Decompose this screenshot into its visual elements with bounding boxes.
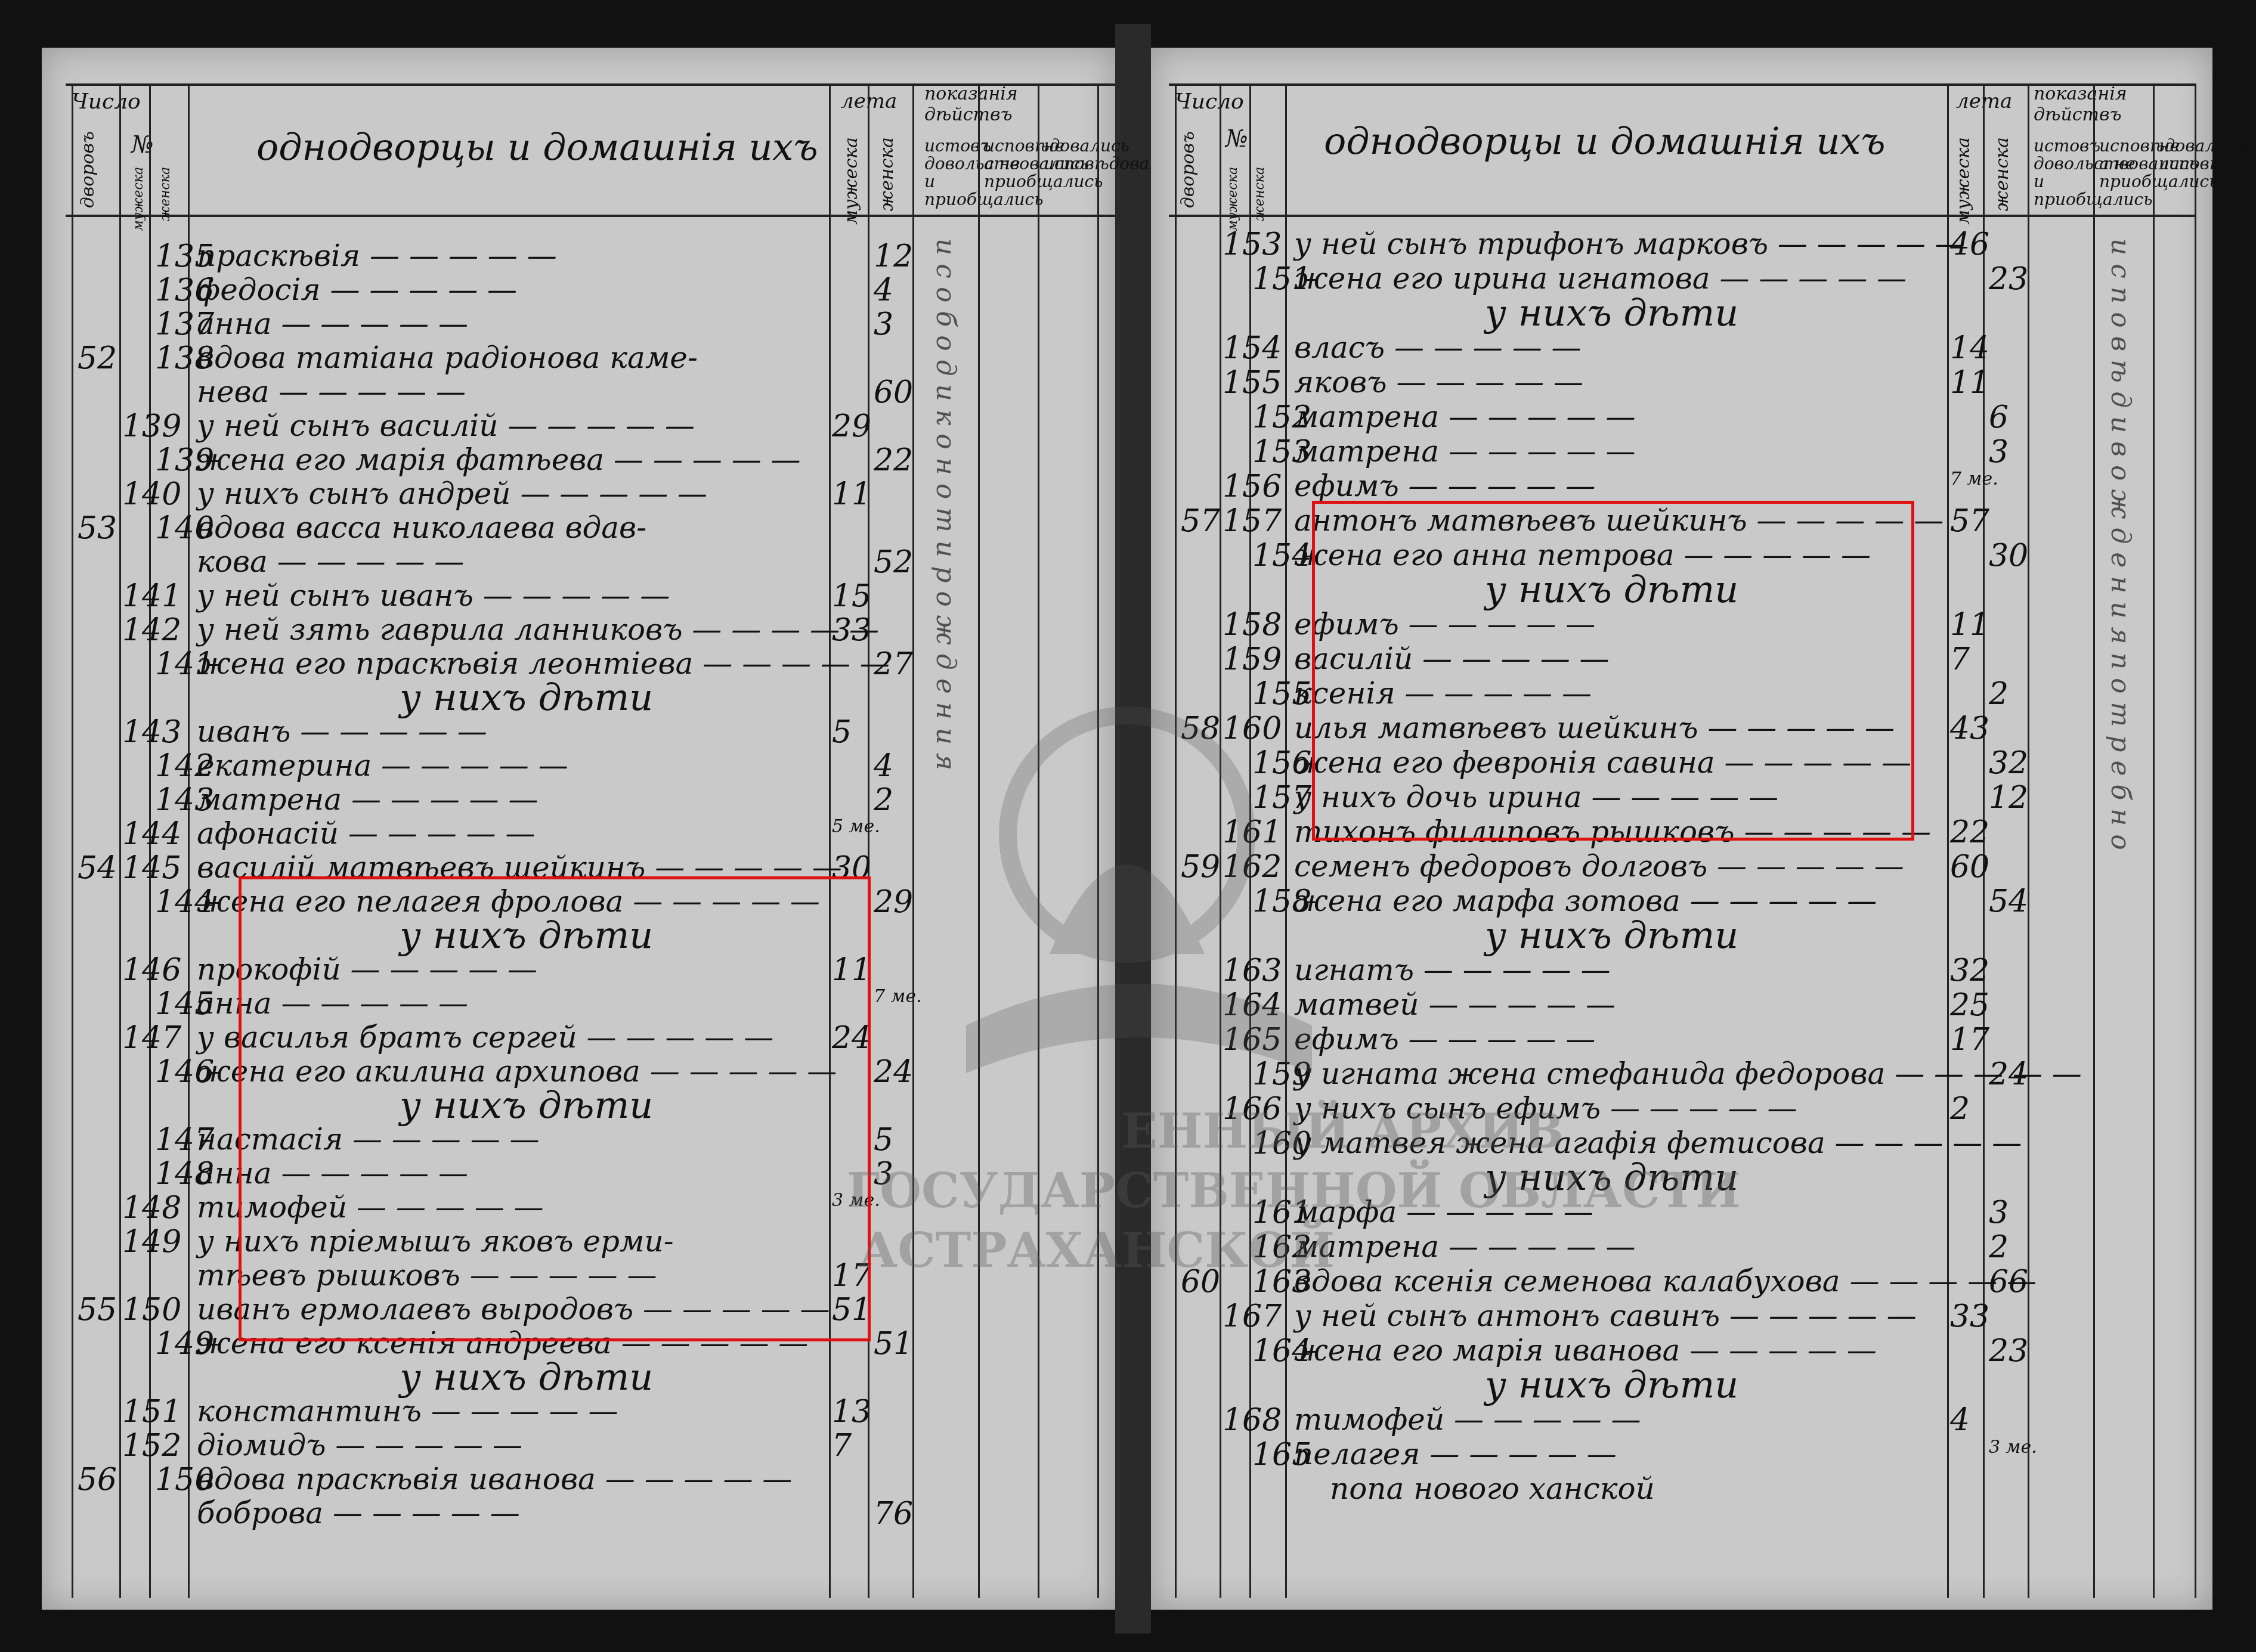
person-name: прокофій — — — — — xyxy=(197,952,537,987)
male-number: 150 xyxy=(122,1292,181,1328)
page-footer-note: попа нового ханской xyxy=(1151,1471,2212,1507)
register-entry: боброва — — — — —76 xyxy=(42,1496,1115,1532)
section-heading: у нихъ дѣти xyxy=(1151,1368,2212,1403)
person-name: боброва — — — — — xyxy=(197,1496,520,1530)
person-name: тихонъ филиповъ рышковъ — — — — — xyxy=(1294,814,1931,849)
male-number: 144 xyxy=(122,816,181,852)
male-age: 60 xyxy=(1950,849,1989,885)
male-number: 151 xyxy=(122,1394,181,1430)
male-age: 51 xyxy=(832,1292,871,1328)
female-age: 52 xyxy=(874,544,913,580)
female-age: 76 xyxy=(874,1496,913,1532)
household-number: 54 xyxy=(78,850,117,886)
header-chislo: Число xyxy=(72,89,141,114)
male-age: 24 xyxy=(832,1020,871,1056)
person-name: у игната жена стефанида федорова — — — —… xyxy=(1294,1056,2082,1091)
female-age: 54 xyxy=(1989,884,2028,919)
watermark-line3: АСТРАХАНСКОЙ xyxy=(859,1222,1335,1278)
section-heading: у нихъ дѣти xyxy=(1151,572,2212,608)
header-col-b: исповѣдовались а не приобщались xyxy=(984,137,1038,191)
male-number: 147 xyxy=(122,1020,181,1056)
male-age: 4 xyxy=(1950,1402,1970,1438)
male-number: 154 xyxy=(1223,330,1282,366)
male-number: 143 xyxy=(122,714,181,750)
household-number: 55 xyxy=(78,1292,117,1328)
household-number: 57 xyxy=(1181,503,1220,539)
female-age: 12 xyxy=(1989,780,2028,816)
header-leta-f: женска xyxy=(877,137,898,211)
male-number: 145 xyxy=(122,850,181,886)
female-age: 29 xyxy=(874,884,913,920)
female-age: 27 xyxy=(874,646,913,682)
female-age: 22 xyxy=(874,442,913,478)
female-age: 24 xyxy=(1989,1056,2028,1092)
person-name: настасія — — — — — xyxy=(197,1122,540,1157)
header-col-a: истовъ довольствовались и приобщались xyxy=(2034,137,2087,209)
person-name: жена его февронія савина — — — — — xyxy=(1294,745,1911,780)
header-muzheska: мужеска xyxy=(1226,167,1240,231)
male-age: 11 xyxy=(832,952,871,988)
male-number: 158 xyxy=(1223,607,1282,643)
person-name: федосія — — — — — xyxy=(197,272,517,307)
header-pokazaniya: показанія дѣйствъ xyxy=(924,83,1103,125)
female-age: 32 xyxy=(1989,745,2028,781)
female-age: 3 xyxy=(1989,1195,2009,1231)
children-heading: у нихъ дѣти xyxy=(400,675,653,719)
female-age: 60 xyxy=(874,374,913,410)
household-number: 53 xyxy=(78,510,117,546)
person-name: афонасій — — — — — xyxy=(197,816,535,851)
header-col-b: исповѣдовались а не приобщались xyxy=(2099,137,2153,191)
male-number: 152 xyxy=(122,1428,181,1464)
person-name: тимофей — — — — — xyxy=(197,1190,544,1225)
person-name: діомидъ — — — — — xyxy=(197,1428,522,1462)
female-age: 2 xyxy=(1989,676,2009,712)
male-age: 17 xyxy=(1950,1022,1989,1058)
male-age: 11 xyxy=(832,476,871,512)
male-age: 46 xyxy=(1950,227,1989,262)
female-age: 23 xyxy=(1989,1333,2028,1369)
male-age: 33 xyxy=(1950,1298,1989,1334)
person-name: у нихъ сынъ андрей — — — — — xyxy=(197,476,707,511)
watermark-line1: ЕННЫЙ АРХИВ xyxy=(1121,1103,1564,1159)
register-entry: 167у ней сынъ антонъ савинъ — — — — —33 xyxy=(1151,1298,2212,1334)
children-heading: у нихъ дѣти xyxy=(400,1083,653,1127)
person-name: праскѣвія — — — — — xyxy=(197,238,557,273)
person-name: ефимъ — — — — — xyxy=(1294,607,1595,641)
household-number: 56 xyxy=(78,1462,117,1498)
register-entry: 165пелагея — — — — —3 ме. xyxy=(1151,1437,2212,1473)
register-entry: 168тимофей — — — — —4 xyxy=(1151,1402,2212,1438)
header-bottom-rule xyxy=(1169,215,2195,217)
person-name: василій матвѣевъ шейкинъ — — — — — xyxy=(197,850,842,885)
male-number: 149 xyxy=(122,1224,181,1260)
male-age: 7 ме. xyxy=(1950,469,1998,489)
male-number: 157 xyxy=(1223,503,1282,539)
male-age: 2 xyxy=(1950,1091,1970,1127)
female-age: 3 xyxy=(874,306,893,342)
male-age: 11 xyxy=(1950,365,1989,401)
female-age: 51 xyxy=(874,1326,913,1362)
male-number: 139 xyxy=(122,408,181,444)
female-age: 12 xyxy=(874,238,913,274)
person-name: матрена — — — — — xyxy=(1294,399,1636,434)
person-name: у ней сынъ иванъ — — — — — xyxy=(197,578,670,613)
male-age: 22 xyxy=(1950,814,1989,850)
male-age: 11 xyxy=(1950,607,1989,643)
person-name: у нихъ дочь ирина — — — — — xyxy=(1294,780,1778,814)
footer-text: попа нового ханской xyxy=(1330,1471,1655,1506)
person-name: жена его марія фатѣева — — — — — xyxy=(197,442,801,477)
male-age: 15 xyxy=(832,578,871,614)
person-name: илья матвѣевъ шейкинъ — — — — — xyxy=(1294,711,1895,745)
female-age: 3 xyxy=(1989,434,2009,470)
female-age: 30 xyxy=(1989,538,2028,574)
person-name: нева — — — — — xyxy=(197,374,466,409)
male-number: 142 xyxy=(122,612,181,648)
male-age: 7 xyxy=(1950,641,1970,677)
female-age: 4 xyxy=(874,748,893,784)
male-number: 153 xyxy=(1223,227,1282,262)
person-name: у ней сынъ антонъ савинъ — — — — — xyxy=(1294,1298,1917,1333)
male-age: 30 xyxy=(832,850,871,886)
children-heading: у нихъ дѣти xyxy=(1485,913,1738,957)
header-no: № xyxy=(1226,125,1248,153)
person-name: ефимъ — — — — — xyxy=(1294,469,1595,503)
children-heading: у нихъ дѣти xyxy=(1485,1363,1738,1406)
person-name: у ней сынъ василій — — — — — xyxy=(197,408,695,443)
person-name: анна — — — — — xyxy=(197,1156,468,1191)
person-name: семенъ федоровъ долговъ — — — — — xyxy=(1294,849,1904,884)
header-title: однодворцы и домашнія ихъ xyxy=(256,125,818,169)
person-name: вдова праскѣвія иванова — — — — — xyxy=(197,1462,792,1496)
person-name: вдова васса николаева вдав- xyxy=(197,510,646,545)
person-name: тѣевъ рышковъ — — — — — xyxy=(197,1258,657,1293)
female-age: 7 ме. xyxy=(874,986,922,1007)
person-name: константинъ — — — — — xyxy=(197,1394,618,1428)
watermark-line2: ГОСУДАРСТВЕННОЙ ОБЛАСТИ xyxy=(847,1163,1741,1219)
female-age: 2 xyxy=(874,782,893,818)
male-age: 57 xyxy=(1950,503,1989,539)
male-age: 25 xyxy=(1950,987,1989,1023)
male-age: 14 xyxy=(1950,330,1989,366)
person-name: у нихъ пріемышъ яковъ ерми- xyxy=(197,1224,674,1259)
male-number: 148 xyxy=(122,1190,181,1226)
female-age: 24 xyxy=(874,1054,913,1090)
female-age: 23 xyxy=(1989,261,2028,297)
children-heading: у нихъ дѣти xyxy=(1485,291,1738,334)
person-name: иванъ ермолаевъ выродовъ — — — — — xyxy=(197,1292,830,1326)
person-name: яковъ — — — — — xyxy=(1294,365,1583,399)
male-age: 5 xyxy=(832,714,852,750)
header-col-c: не исповѣдовались xyxy=(2159,137,2207,173)
male-number: 156 xyxy=(1223,469,1282,504)
person-name: у ней сынъ трифонъ марковъ — — — — — xyxy=(1294,227,1965,261)
person-name: анна — — — — — xyxy=(197,306,468,341)
male-number: 168 xyxy=(1223,1402,1282,1438)
person-name: вдова ксенія семенова калабухова — — — —… xyxy=(1294,1264,2037,1298)
children-heading: у нихъ дѣти xyxy=(400,1355,653,1399)
person-name: иванъ — — — — — xyxy=(197,714,487,749)
header-title: однодворцы и домашнія ихъ xyxy=(1324,119,1886,163)
male-age: 7 xyxy=(832,1428,852,1464)
header-zhenska: женска xyxy=(1252,167,1267,221)
person-name: тимофей — — — — — xyxy=(1294,1402,1641,1437)
header-leta-m: мужеска xyxy=(1953,137,1974,225)
register-entry: 158ефимъ — — — — —11 xyxy=(1151,607,2212,643)
header-leta-m: мужеска xyxy=(841,137,862,225)
header-zhenska: женска xyxy=(158,167,173,221)
person-name: антонъ матвѣевъ шейкинъ — — — — — xyxy=(1294,503,1944,538)
household-number: 52 xyxy=(78,340,117,376)
header-dvorov: дворовъ xyxy=(1178,131,1199,208)
male-age: 29 xyxy=(832,408,871,444)
right-side-note: и с п о в ѣ д и в о ж д е н и я п о т р … xyxy=(2105,238,2136,1490)
female-age: 66 xyxy=(1989,1264,2028,1300)
female-age: 2 xyxy=(1989,1229,2009,1265)
header-leta-f: женска xyxy=(1992,137,2013,211)
header-bottom-rule xyxy=(66,215,1115,217)
female-age: 5 xyxy=(874,1122,893,1158)
register-entry: 152діомидъ — — — — —7 xyxy=(42,1428,1115,1464)
male-age: 33 xyxy=(832,612,871,648)
person-name: пелагея — — — — — xyxy=(1294,1437,1617,1471)
male-number: 140 xyxy=(122,476,181,512)
person-name: анна — — — — — xyxy=(197,986,468,1021)
register-entry: 153матрена — — — — —3 xyxy=(1151,434,2212,470)
header-dvorov: дворовъ xyxy=(78,131,98,208)
male-age: 43 xyxy=(1950,711,1989,746)
header-chislo: Число xyxy=(1175,89,1244,114)
section-heading: у нихъ дѣти xyxy=(1151,296,2212,331)
header-col-c: не исповѣдовались xyxy=(1044,137,1097,173)
register-entry: 56150вдова праскѣвія иванова — — — — — xyxy=(42,1462,1115,1498)
header-muzheska: мужеска xyxy=(131,167,146,231)
person-name: у ней зять гаврила ланниковъ — — — — — xyxy=(197,612,879,647)
person-name: кова — — — — — xyxy=(197,544,464,579)
person-name: матрена — — — — — xyxy=(1294,1229,1636,1264)
person-name: вдова татіана радіонова каме- xyxy=(197,340,698,375)
register-entry: 154власъ — — — — —14 xyxy=(1151,330,2212,366)
person-name: власъ — — — — — xyxy=(1294,330,1582,365)
children-heading: у нихъ дѣти xyxy=(1485,568,1738,611)
register-entry: 155яковъ — — — — —11 xyxy=(1151,365,2212,401)
female-age: 4 xyxy=(874,272,893,308)
male-number: 155 xyxy=(1223,365,1282,401)
male-age: 32 xyxy=(1950,953,1989,988)
archive-logo-watermark xyxy=(930,656,1348,1133)
person-name: екатерина — — — — — xyxy=(197,748,568,783)
register-entry: 152матрена — — — — —6 xyxy=(1151,399,2212,435)
male-age: 13 xyxy=(832,1394,871,1430)
register-entry: 153у ней сынъ трифонъ марковъ — — — — —4… xyxy=(1151,227,2212,262)
male-number: 167 xyxy=(1223,1298,1282,1334)
person-name: матрена — — — — — xyxy=(197,782,539,817)
female-age: 3 ме. xyxy=(1989,1437,2037,1458)
person-name: у василья братъ сергей — — — — — xyxy=(197,1020,773,1055)
male-number: 141 xyxy=(122,578,181,614)
register-entry: 57157антонъ матвѣевъ шейкинъ — — — — —57 xyxy=(1151,503,2212,539)
female-age: 6 xyxy=(1989,399,2009,435)
male-number: 146 xyxy=(122,952,181,988)
register-entry: 156ефимъ — — — — —7 ме. xyxy=(1151,469,2212,504)
male-age: 5 ме. xyxy=(832,816,880,837)
children-heading: у нихъ дѣти xyxy=(400,913,653,957)
header-pokazaniya: показанія дѣйствъ xyxy=(2034,83,2201,125)
person-name: матрена — — — — — xyxy=(1294,434,1636,469)
header-col-a: истовъ довольствовались и приобщались xyxy=(924,137,978,209)
